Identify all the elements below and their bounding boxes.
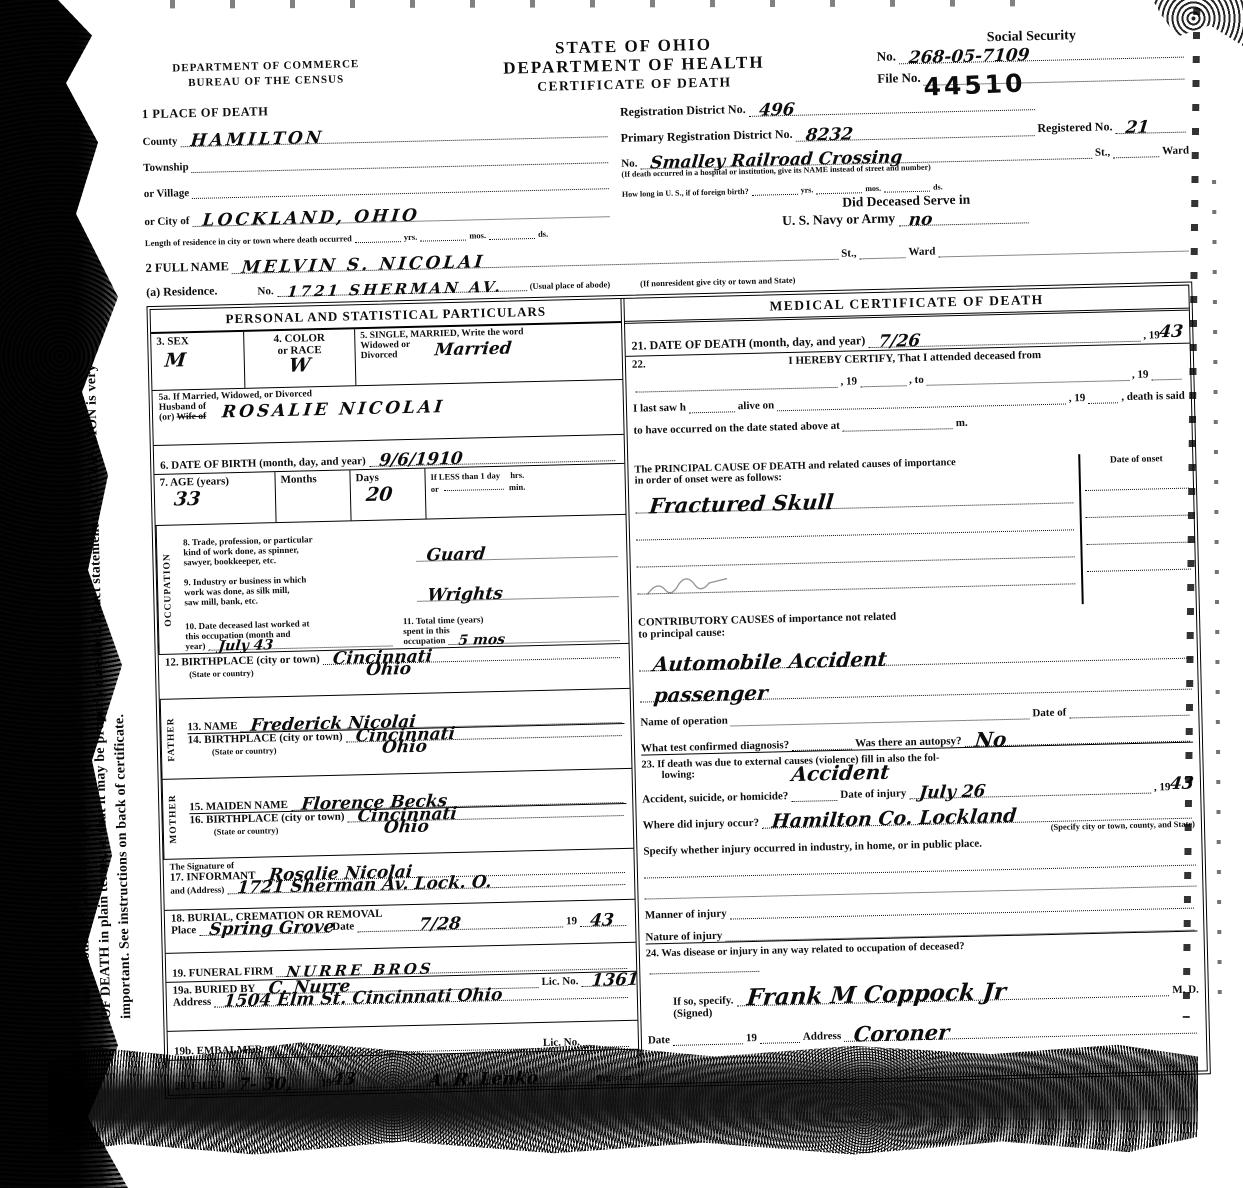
buried-by-lic-label: Lic. No. xyxy=(541,975,578,988)
burial-place-label: Place xyxy=(171,924,196,937)
registered-no-value: 21 xyxy=(1125,119,1150,137)
sex-label: 3. SEX xyxy=(156,334,238,348)
social-security-block: Social Security No. 268-05-7109 File No.… xyxy=(876,24,1187,87)
informant-address: 1721 Sherman Av. Lock. O. xyxy=(236,874,492,897)
residence-no-label: No. xyxy=(257,285,273,297)
county-value: HAMILTON xyxy=(190,130,325,150)
service-label: U. S. Navy or Army xyxy=(782,209,895,229)
contributory-value2: passenger xyxy=(653,683,769,706)
last-saw-label: I last saw h xyxy=(633,401,686,414)
burial-date-label: Date xyxy=(332,920,354,933)
name-st-label: St., xyxy=(841,247,857,259)
residence-value: 1721 SHERMAN AV. xyxy=(286,280,503,300)
spouse-value: ROSALIE NICOLAI xyxy=(221,399,446,421)
buried-by-address-label: Address xyxy=(173,996,212,1009)
name-ward-label: Ward xyxy=(908,246,935,259)
physician-signature: Frank M Coppock Jr xyxy=(745,980,1006,1009)
father-birthplace-state: Ohio xyxy=(381,739,428,757)
ds-label: ds. xyxy=(538,229,548,239)
burial-date-value: 7/28 xyxy=(418,916,461,934)
occupation-vertical-label: OCCUPATION xyxy=(156,525,180,653)
external-causes-section: 23. If death was due to external causes … xyxy=(635,744,1203,946)
item-22: 22. xyxy=(632,358,646,370)
scanned-certificate-page: mation should be carefully supplied. AGE… xyxy=(95,0,1232,1087)
occurred-label: to have occurred on the date stated abov… xyxy=(633,420,840,437)
mother-block: MOTHER 15. MAIDEN NAME Florence Becks 16… xyxy=(162,769,634,860)
autopsy-label: Was there an autopsy? xyxy=(855,735,962,750)
nature-label: Nature of injury xyxy=(645,930,722,944)
marital-value: Married xyxy=(433,341,512,360)
township-label: Township xyxy=(143,161,189,174)
color-value: W xyxy=(288,356,311,376)
ssn-no-label: No. xyxy=(877,48,897,64)
if-so-label: If so, specify. xyxy=(673,994,734,1007)
personal-particulars-column: PERSONAL AND STATISTICAL PARTICULARS 3. … xyxy=(151,299,643,1095)
dod-year-value: 43 xyxy=(1159,324,1184,342)
dept-of-commerce-block: DEPARTMENT OF COMMERCE BUREAU OF THE CEN… xyxy=(140,42,391,92)
certify-block: 22. I HEREBY CERTIFY, That I attended de… xyxy=(626,344,1192,465)
principal-cause-section: The PRINCIPAL CAUSE OF DEATH and related… xyxy=(628,452,1195,615)
reg-district-value: 496 xyxy=(758,102,795,120)
buried-by-address-value: 1504 Elm St. Cincinnati Ohio xyxy=(223,987,503,1011)
burial-year-value: 43 xyxy=(589,912,614,930)
injury-date-value: July 26 xyxy=(918,783,986,802)
total-time-value: 5 mos xyxy=(458,633,506,648)
mother-vertical-label: MOTHER xyxy=(162,779,185,858)
days-value: 20 xyxy=(365,485,393,505)
registered-no-label: Registered No. xyxy=(1037,119,1112,136)
days-label: Days xyxy=(355,471,419,485)
father-name-label: 13. NAME xyxy=(187,720,237,733)
operation-label: Name of operation xyxy=(640,715,728,729)
medical-certificate-column: MEDICAL CERTIFICATE OF DEATH 21. DATE OF… xyxy=(624,286,1206,1084)
service-value: no xyxy=(907,212,932,230)
primary-reg-value: 8232 xyxy=(805,126,854,144)
wife-of-struck: Wife of xyxy=(176,412,206,423)
accident-value: Accident xyxy=(791,762,891,784)
ssn-value: 268-05-7109 xyxy=(908,47,1030,67)
father-vertical-label: FATHER xyxy=(160,699,183,778)
sign-address-label: Address xyxy=(803,1030,842,1043)
file-no-stamp: 44510 xyxy=(923,68,1026,101)
ward-label: Ward xyxy=(1162,145,1189,158)
dob-label: 6. DATE OF BIRTH (month, day, and year) xyxy=(160,455,366,472)
street-no-label: No. xyxy=(621,158,637,170)
abode-note: (Usual place of abode) xyxy=(530,279,611,291)
village-label: or Village xyxy=(144,187,190,200)
months-label: Months xyxy=(280,473,344,487)
birthplace-state: Ohio xyxy=(365,661,412,679)
scan-noise-bottom-band xyxy=(48,1040,1198,1158)
state-title-block: STATE OF OHIO DEPARTMENT OF HEALTH CERTI… xyxy=(390,31,877,99)
full-name-label: 2 FULL NAME xyxy=(145,259,229,276)
industry-value: Wrights xyxy=(427,586,504,605)
dob-value: 9/6/1910 xyxy=(378,451,463,470)
yrs-label: yrs. xyxy=(404,232,418,242)
reg-district-label: Registration District No. xyxy=(620,102,746,120)
nonresident-note: (If nonresident give city or town and St… xyxy=(640,275,795,289)
mos-label: mos. xyxy=(469,230,486,240)
registration-block: Registration District No. 496 Primary Re… xyxy=(610,83,1191,238)
mother-birthplace-state: Ohio xyxy=(383,819,430,837)
date-of-label: Date of xyxy=(1032,707,1066,720)
manner-label: Manner of injury xyxy=(645,908,727,922)
mother-maiden-label: 15. MAIDEN NAME xyxy=(189,799,288,813)
injury-date-label: Date of injury xyxy=(840,787,906,801)
trade-value: Guard xyxy=(426,546,486,564)
residence-label: (a) Residence. xyxy=(146,283,218,300)
occupation-block: OCCUPATION 8. Trade, profession, or part… xyxy=(156,515,629,655)
file-no-label: File No. xyxy=(877,70,921,87)
funeral-firm-label: 19. FUNERAL FIRM xyxy=(172,965,273,979)
sex-value: M xyxy=(164,351,187,371)
last-worked-value: July 43 xyxy=(218,638,274,653)
place-registration-section: 1 PLACE OF DEATH County HAMILTON Townshi… xyxy=(142,83,1191,249)
test-label: What test confirmed diagnosis? xyxy=(641,739,789,754)
certificate-form: DEPARTMENT OF COMMERCE BUREAU OF THE CEN… xyxy=(140,24,1210,1099)
dod-label: 21. DATE OF DEATH (month, day, and year) xyxy=(631,333,865,354)
st-label: St., xyxy=(1095,146,1111,158)
sign-date-label: Date xyxy=(648,1034,670,1047)
city-label: or City of xyxy=(144,215,189,228)
burial-place-value: Spring Grove xyxy=(208,919,335,939)
sign-address-value: Coroner xyxy=(853,1021,951,1044)
age-label: 7. AGE (years) xyxy=(159,474,269,489)
father-block: FATHER 13. NAME Frederick Nicolai 14. BI… xyxy=(160,689,632,780)
contributory-section: CONTRIBUTORY CAUSES of importance not re… xyxy=(632,601,1199,757)
dod-value: 7/26 xyxy=(877,333,920,351)
date-of-onset-column: Date of onset xyxy=(1080,452,1196,605)
main-form-box: PERSONAL AND STATISTICAL PARTICULARS 3. … xyxy=(146,281,1210,1098)
place-of-death-block: 1 PLACE OF DEATH County HAMILTON Townshi… xyxy=(142,96,613,248)
age-value: 33 xyxy=(173,490,201,510)
county-label: County xyxy=(142,135,177,148)
autopsy-value: No xyxy=(974,729,1008,750)
